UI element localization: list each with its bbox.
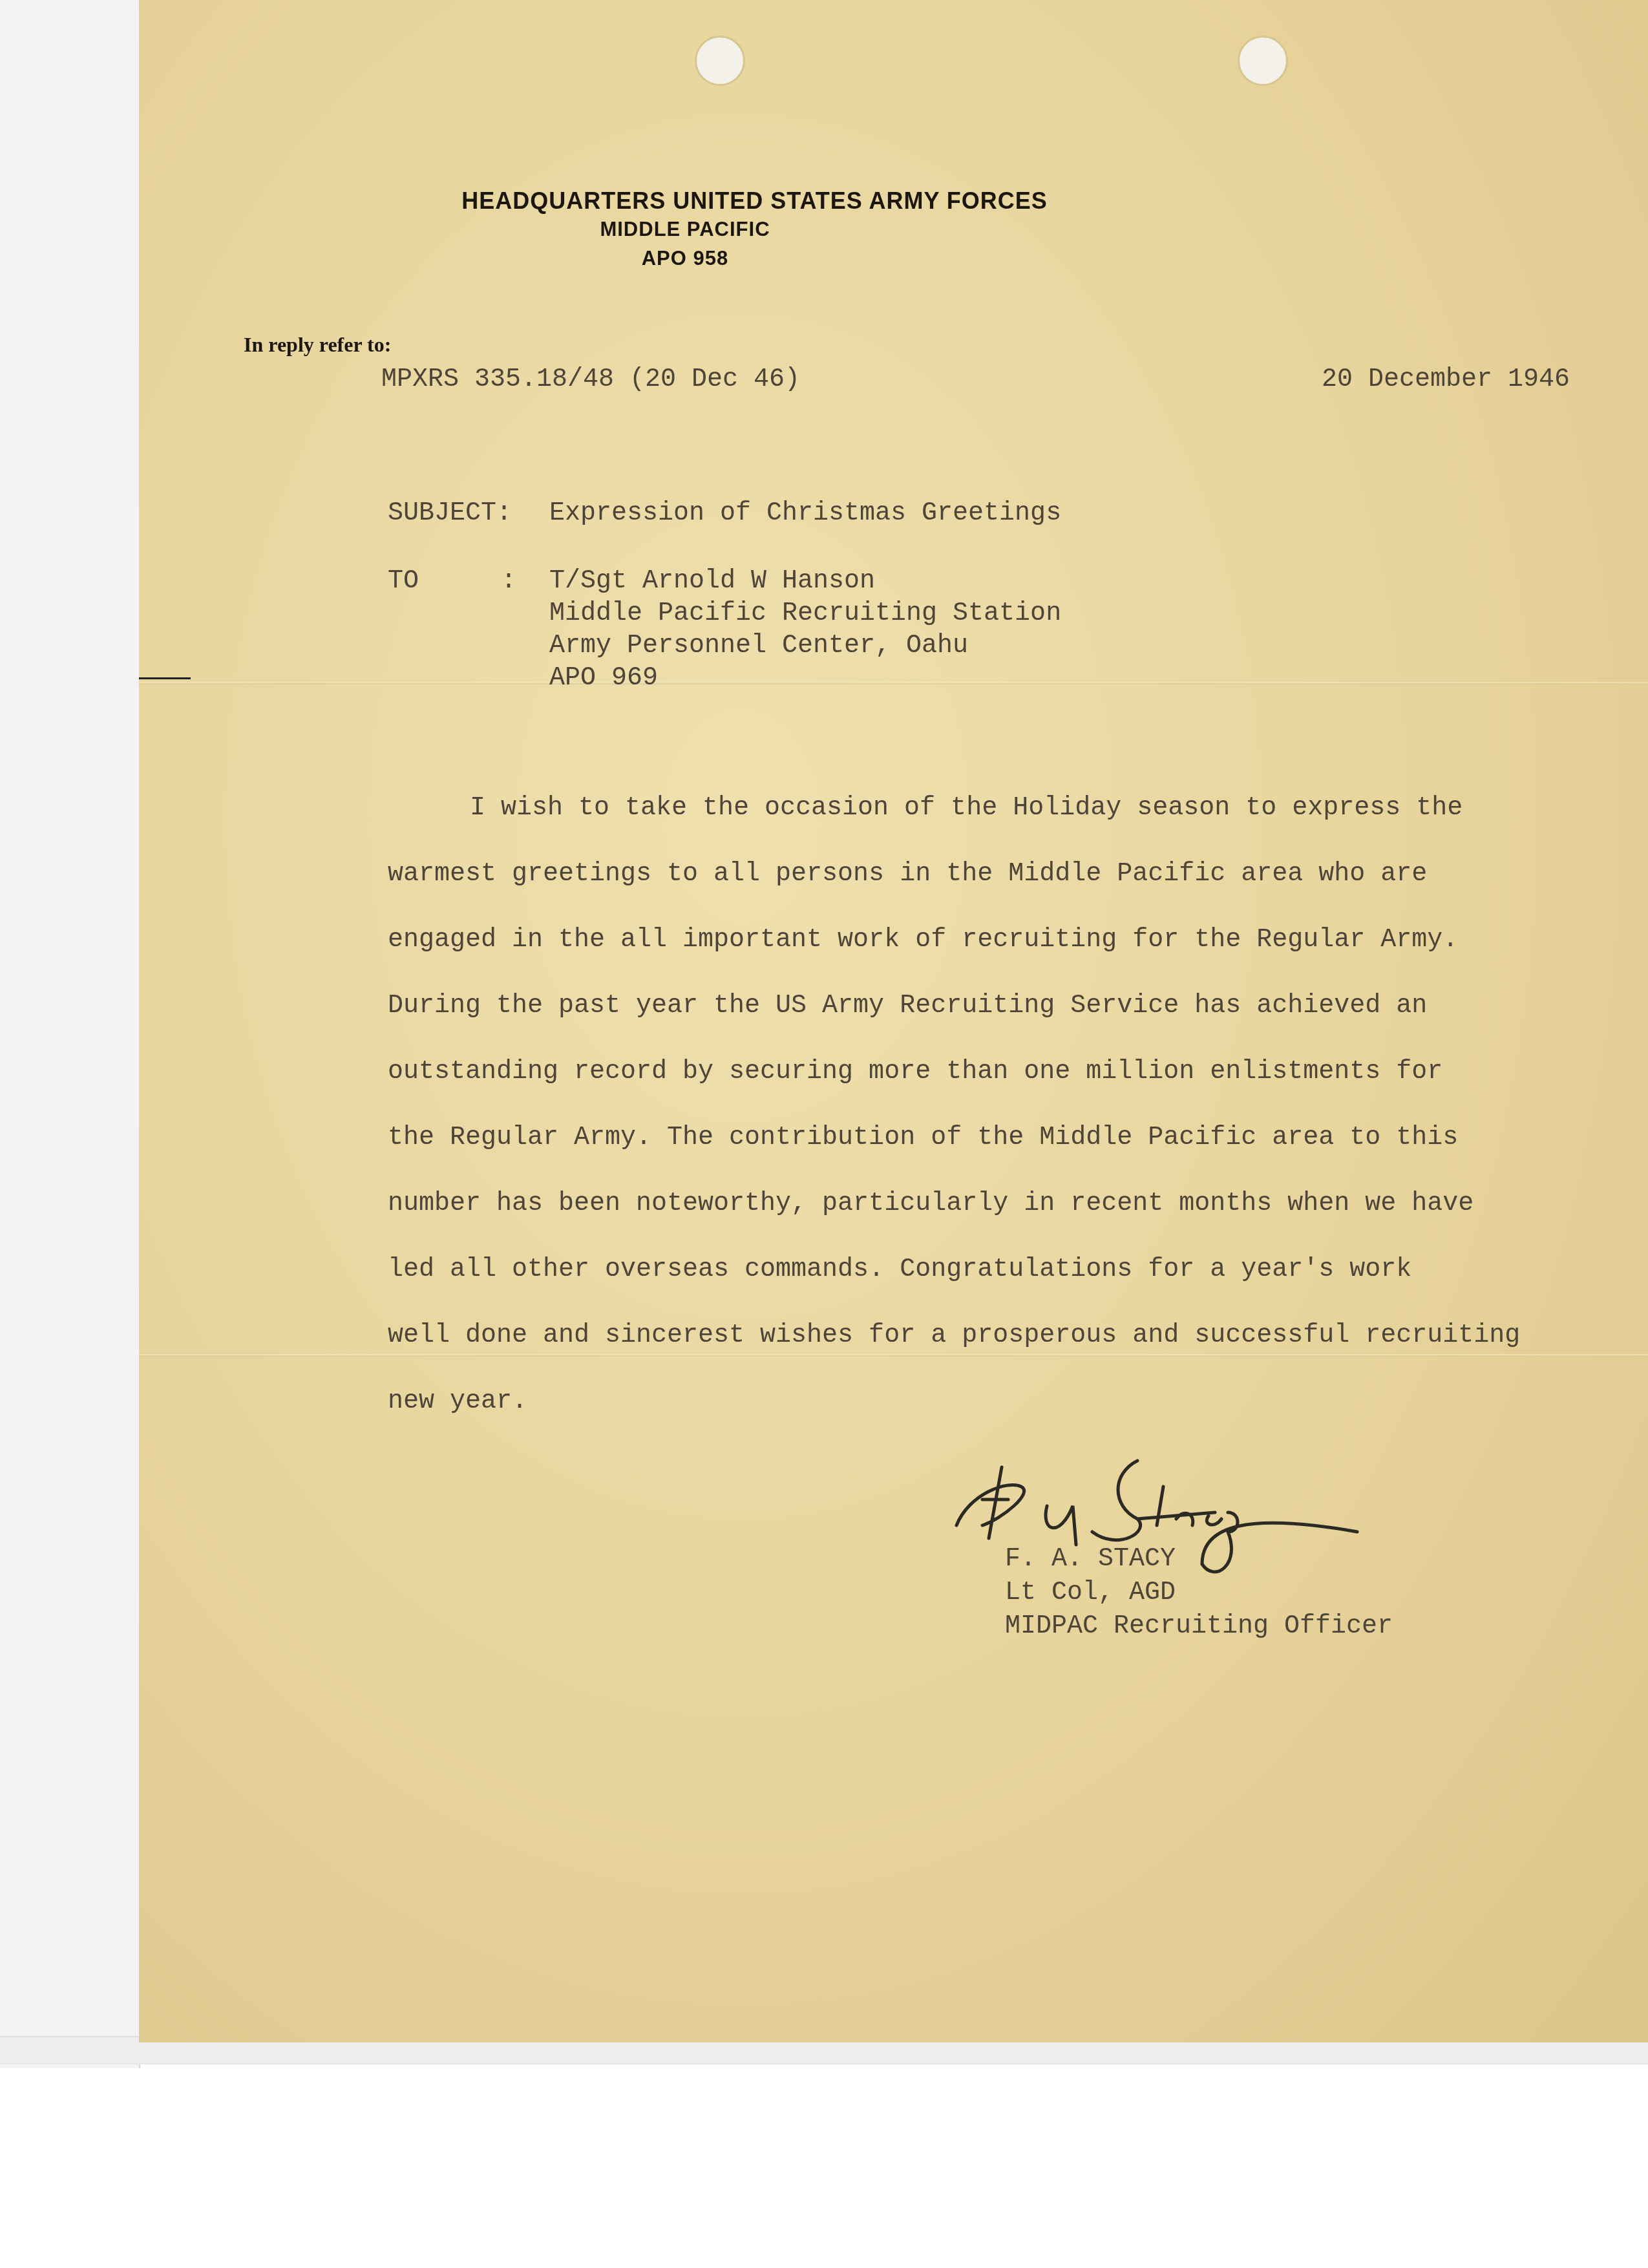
subject-text: Expression of Christmas Greetings	[549, 499, 1061, 528]
body-line: engaged in the all important work of rec…	[388, 926, 1458, 955]
body-line: new year.	[388, 1387, 527, 1416]
to-colon: :	[501, 567, 516, 596]
letterhead-line-3: APO 958	[139, 247, 1231, 270]
body-line: led all other overseas commands. Congrat…	[388, 1255, 1411, 1284]
signer-name: F. A. STACY	[1005, 1545, 1176, 1574]
body-line: well done and sincerest wishes for a pro…	[388, 1321, 1520, 1350]
body-line: warmest greetings to all persons in the …	[388, 860, 1427, 889]
subject-label: SUBJECT:	[388, 499, 512, 528]
to-label: TO	[388, 567, 419, 596]
letterhead-line-2: MIDDLE PACIFIC	[139, 218, 1231, 241]
svg-text:F. A. Stacy: F. A. Stacy	[1137, 1505, 1141, 1507]
signer-title: MIDPAC Recruiting Officer	[1005, 1612, 1393, 1641]
recipient-line: APO 969	[549, 664, 658, 693]
signer-rank: Lt Col, AGD	[1005, 1578, 1176, 1607]
letter-page	[139, 0, 1648, 2042]
body-line: I wish to take the occasion of the Holid…	[470, 794, 1463, 823]
recipient-line: Middle Pacific Recruiting Station	[549, 599, 1061, 628]
body-line: During the past year the US Army Recruit…	[388, 991, 1427, 1021]
fold-crease-lower	[139, 1354, 1648, 1357]
body-line: number has been noteworthy, particularly…	[388, 1189, 1474, 1218]
punch-hole-right	[1238, 36, 1288, 86]
punch-hole-left	[695, 36, 745, 86]
body-line: the Regular Army. The contribution of th…	[388, 1123, 1458, 1152]
recipient-line: T/Sgt Arnold W Hanson	[549, 567, 875, 596]
recipient-line: Army Personnel Center, Oahu	[549, 631, 968, 661]
letter-date: 20 December 1946	[1322, 365, 1570, 394]
margin-mark	[139, 677, 191, 679]
body-line: outstanding record by securing more than…	[388, 1057, 1442, 1086]
reply-refer-label: In reply refer to:	[244, 333, 391, 357]
fold-crease-upper	[139, 682, 1648, 684]
letterhead-line-1: HEADQUARTERS UNITED STATES ARMY FORCES	[0, 187, 1509, 215]
file-number: MPXRS 335.18/48 (20 Dec 46)	[381, 365, 800, 394]
plastic-sleeve-edge	[0, 0, 140, 2068]
